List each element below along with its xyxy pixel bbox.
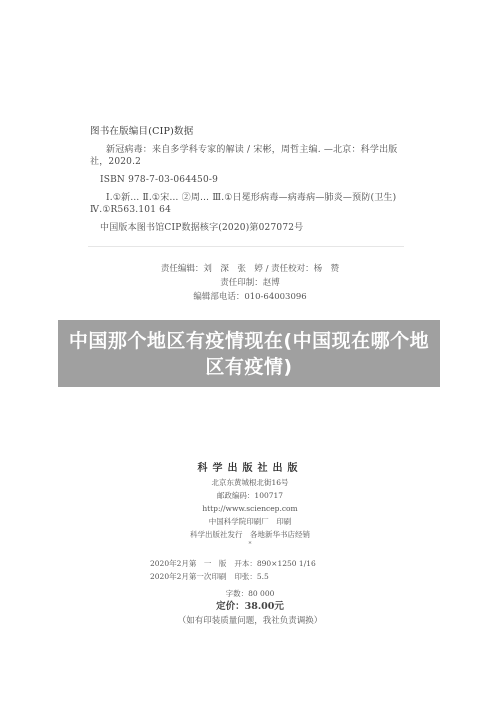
title-banner: 中国那个地区有疫情现在(中国现在哪个地区有疫情) bbox=[58, 320, 440, 387]
edition-row-2: 2020年2月第一次印刷 印张：5.5 bbox=[150, 570, 370, 583]
price-block: 字数：80 000 定价：38.00元 （如有印装质量问题，我社负责调换） bbox=[130, 588, 370, 628]
publisher-printer: 中国科学院印刷厂 印刷 bbox=[130, 515, 370, 528]
publisher-postcode: 邮政编码：100717 bbox=[130, 489, 370, 502]
cip-data-block: 图书在版编目(CIP)数据 新冠病毒：来自多学科专家的解读 / 宋彬，周哲主编.… bbox=[90, 126, 410, 240]
first-edition: 2020年2月第 一 版 bbox=[150, 557, 226, 570]
publisher-block: 科学出版社出版 北京东黄城根北街16号 邮政编码：100717 http://w… bbox=[130, 462, 370, 549]
cip-heading: 图书在版编目(CIP)数据 bbox=[90, 126, 410, 138]
price: 定价：38.00元 bbox=[130, 600, 370, 614]
book-format: 开本：890×1250 1/16 bbox=[234, 557, 315, 570]
credits-phone: 编辑部电话：010-64003096 bbox=[110, 290, 390, 304]
credits-editors: 责任编辑：刘 深 张 婷 / 责任校对：杨 赞 bbox=[110, 262, 390, 276]
publisher-website: http://www.sciencep.com bbox=[130, 502, 370, 515]
first-printing: 2020年2月第一次印刷 bbox=[150, 570, 226, 583]
publisher-address: 北京东黄城根北街16号 bbox=[130, 476, 370, 489]
asterisk-mark: * bbox=[130, 541, 370, 549]
credits-printing: 责任印制：赵博 bbox=[110, 276, 390, 290]
printed-sheets: 印张：5.5 bbox=[234, 570, 268, 583]
cip-divider bbox=[88, 246, 404, 247]
copyright-page: 图书在版编目(CIP)数据 新冠病毒：来自多学科专家的解读 / 宋彬，周哲主编.… bbox=[0, 0, 500, 707]
cip-title-line: 新冠病毒：来自多学科专家的解读 / 宋彬，周哲主编. —北京：科学出版社，202… bbox=[90, 144, 410, 168]
cip-number: 中国版本图书馆CIP数据核字(2020)第027072号 bbox=[90, 222, 410, 234]
cip-isbn: ISBN 978-7-03-064450-9 bbox=[90, 174, 410, 186]
edition-row-1: 2020年2月第 一 版 开本：890×1250 1/16 bbox=[150, 557, 370, 570]
publisher-name: 科学出版社出版 bbox=[130, 462, 370, 476]
quality-notice: （如有印装质量问题，我社负责调换） bbox=[130, 614, 370, 628]
publisher-distributor: 科学出版社发行 各地新华书店经销 bbox=[130, 528, 370, 541]
credits-block: 责任编辑：刘 深 张 婷 / 责任校对：杨 赞 责任印制：赵博 编辑部电话：01… bbox=[110, 262, 390, 304]
edition-block: 2020年2月第 一 版 开本：890×1250 1/16 2020年2月第一次… bbox=[150, 557, 370, 583]
cip-subjects: Ⅰ.①新… Ⅱ.①宋… ②周… Ⅲ.①日冕形病毒—病毒病—肺炎—预防(卫生) Ⅳ… bbox=[90, 192, 410, 216]
banner-title: 中国那个地区有疫情现在(中国现在哪个地区有疫情) bbox=[64, 328, 434, 380]
word-count: 字数：80 000 bbox=[130, 588, 370, 600]
